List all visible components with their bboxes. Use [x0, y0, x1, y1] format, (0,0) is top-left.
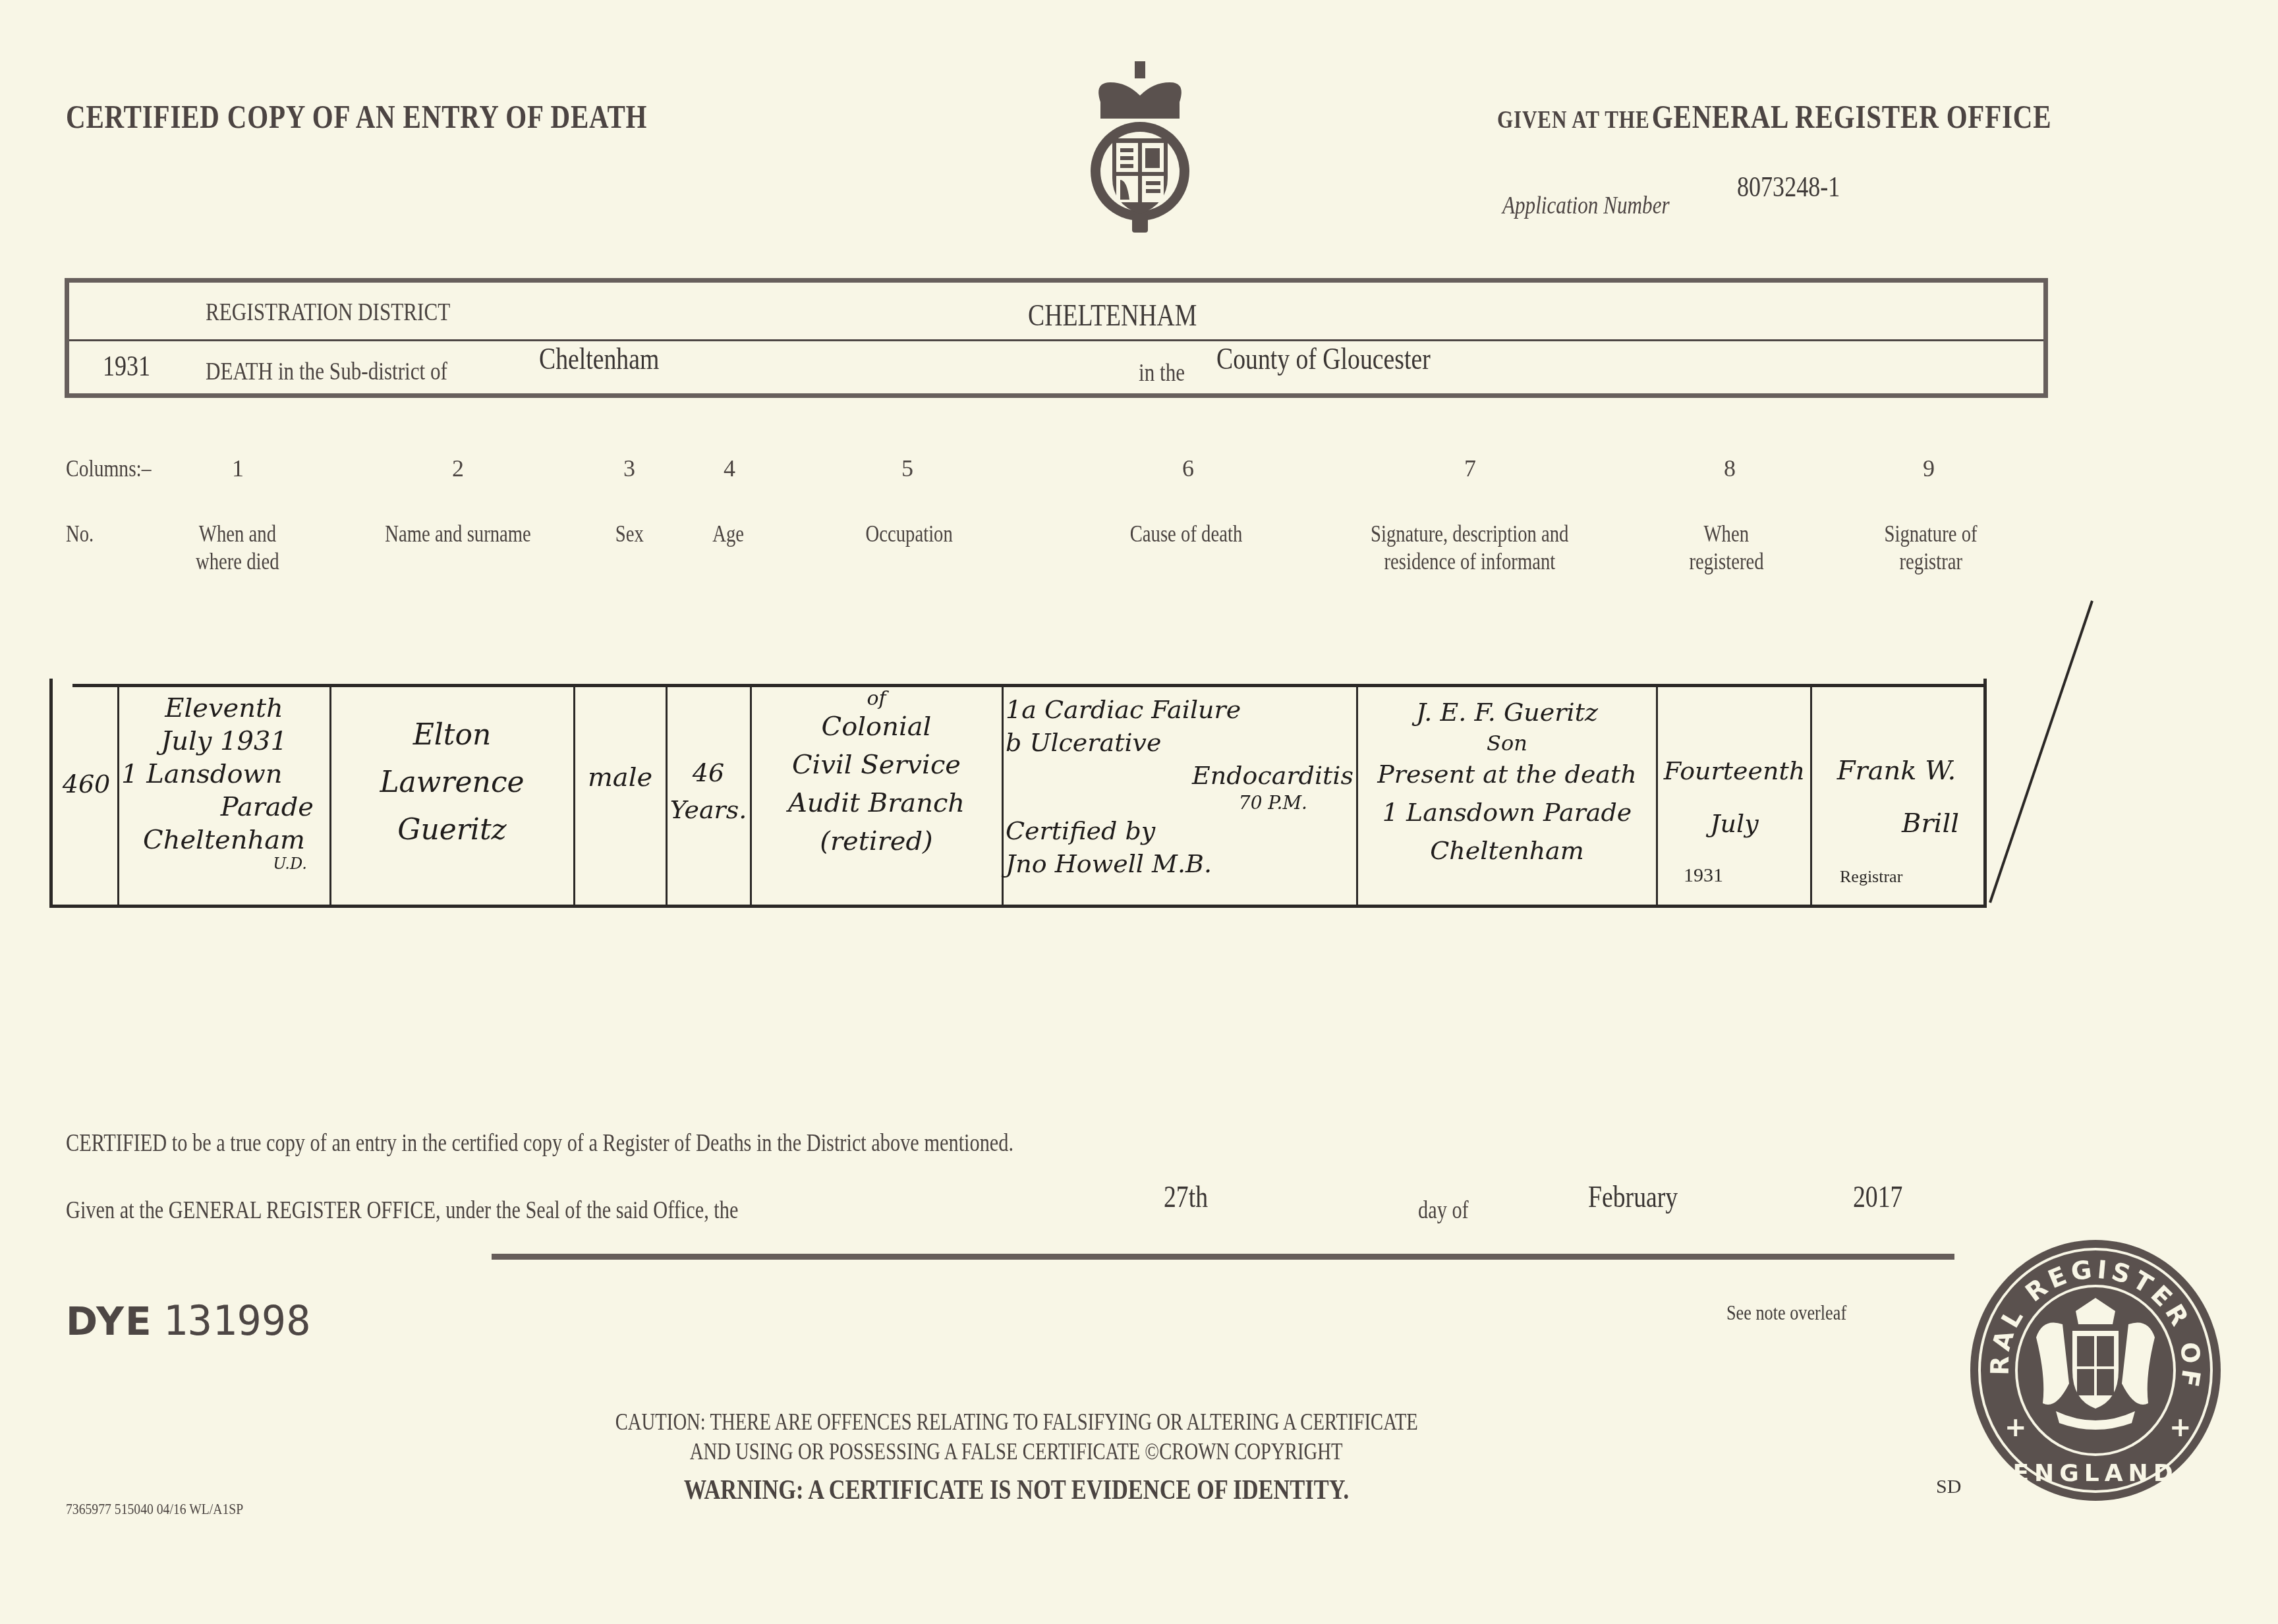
general-register-office-seal-icon: GENERAL REGISTER OFFICE ENGLAND + +	[1964, 1239, 2227, 1502]
royal-crest-icon	[1081, 56, 1199, 234]
column-number-5: 5	[901, 455, 913, 482]
entry-when-registered: Fourteenth July	[1660, 744, 1809, 850]
given-at-heading: GIVEN AT THE GENERAL REGISTER OFFICE	[1497, 98, 2173, 136]
certificate-title: CERTIFIED COPY OF AN ENTRY OF DEATH	[66, 98, 775, 136]
col-divider	[329, 686, 331, 905]
col-divider	[1002, 686, 1004, 905]
row-bottom-rule	[53, 905, 1983, 908]
header-sex: Sex	[593, 520, 666, 548]
day-of-label: day of	[1418, 1196, 1480, 1225]
entry-name: Elton Lawrence Gueritz	[333, 712, 571, 854]
header-cause: Cause of death	[1081, 520, 1292, 548]
header-informant: Signature, description and residence of …	[1324, 520, 1614, 576]
column-number-1: 1	[232, 455, 244, 482]
entry-informant: J. E. F. Gueritz Son Present at the deat…	[1360, 693, 1654, 870]
col-divider	[1656, 686, 1658, 905]
application-number-label: Application Number	[1502, 191, 1706, 220]
entry-registered-year: 1931	[1684, 864, 1723, 887]
county-label: in the	[1139, 358, 1195, 387]
columns-label: Columns:–	[66, 455, 170, 482]
col-divider	[1810, 686, 1812, 905]
header-registrar: Signature of registrar	[1845, 520, 2016, 576]
form-code: 7365977 515040 04/16 WL/A1SP	[66, 1501, 282, 1519]
svg-text:ENGLAND: ENGLAND	[2012, 1460, 2178, 1487]
entry-age: 46 Years.	[669, 754, 747, 828]
death-entry-row: 460 Eleventh July 1931 1 Lansdown Parade…	[49, 679, 1987, 908]
col-divider	[573, 686, 575, 905]
header-occupation: Occupation	[830, 520, 988, 548]
header-registered: When registered	[1661, 520, 1792, 576]
header-no: No.	[66, 520, 100, 548]
caution-notice: CAUTION: THERE ARE OFFENCES RELATING TO …	[481, 1407, 1552, 1467]
registration-district-value: CHELTENHAM	[1028, 298, 1234, 333]
entry-occupation: of Colonial Civil Service Audit Branch (…	[754, 690, 999, 860]
column-number-4: 4	[724, 455, 735, 482]
see-note-overleaf: See note overleaf	[1726, 1301, 1873, 1325]
entry-registrar-signature: Frank W. Brill	[1814, 744, 1979, 850]
subdistrict-value: Cheltenham	[539, 341, 685, 376]
column-number-9: 9	[1923, 455, 1935, 482]
registration-year: 1931	[103, 349, 161, 383]
column-number-7: 7	[1464, 455, 1476, 482]
col-divider	[1356, 686, 1358, 905]
entry-when-where: Eleventh July 1931 1 Lansdown Parade Che…	[121, 692, 327, 871]
header-when-where: When and where died	[158, 520, 316, 576]
entry-registrar-label: Registrar	[1840, 867, 1902, 887]
county-value: County of Gloucester	[1216, 341, 1477, 376]
closing-diagonal-line	[1977, 593, 2109, 909]
certification-year: 2017	[1853, 1179, 1914, 1214]
certification-month: February	[1588, 1179, 1697, 1214]
subdistrict-label: DEATH in the Sub-district of	[206, 357, 501, 386]
serial-number: DYE131998	[66, 1297, 311, 1345]
column-number-8: 8	[1724, 455, 1736, 482]
entry-number: 460	[57, 764, 116, 804]
header-name: Name and surname	[349, 520, 567, 548]
certification-day: 27th	[1164, 1179, 1218, 1214]
initials: SD	[1936, 1476, 1961, 1498]
registration-district-label: REGISTRATION DISTRICT	[206, 298, 504, 327]
certification-statement: CERTIFIED to be a true copy of an entry …	[66, 1129, 1222, 1158]
registration-divider	[69, 339, 2043, 341]
entry-sex: male	[577, 758, 663, 797]
given-under-seal-statement: Given at the GENERAL REGISTER OFFICE, un…	[66, 1196, 886, 1225]
signature-rule	[492, 1254, 1954, 1260]
row-top-rule	[72, 684, 1983, 687]
svg-text:+: +	[2169, 1413, 2192, 1443]
identity-warning: WARNING: A CERTIFICATE IS NOT EVIDENCE O…	[481, 1474, 1552, 1506]
col-divider	[750, 686, 752, 905]
col-divider	[117, 686, 119, 905]
column-number-3: 3	[623, 455, 635, 482]
entry-cause-of-death: 1a Cardiac Failure b Ulcerative Endocard…	[1006, 693, 1353, 880]
header-age: Age	[692, 520, 764, 548]
application-number: 8073248-1	[1737, 170, 1863, 204]
col-divider	[666, 686, 668, 905]
svg-text:+: +	[2005, 1413, 2027, 1443]
column-number-6: 6	[1182, 455, 1194, 482]
column-number-2: 2	[452, 455, 464, 482]
